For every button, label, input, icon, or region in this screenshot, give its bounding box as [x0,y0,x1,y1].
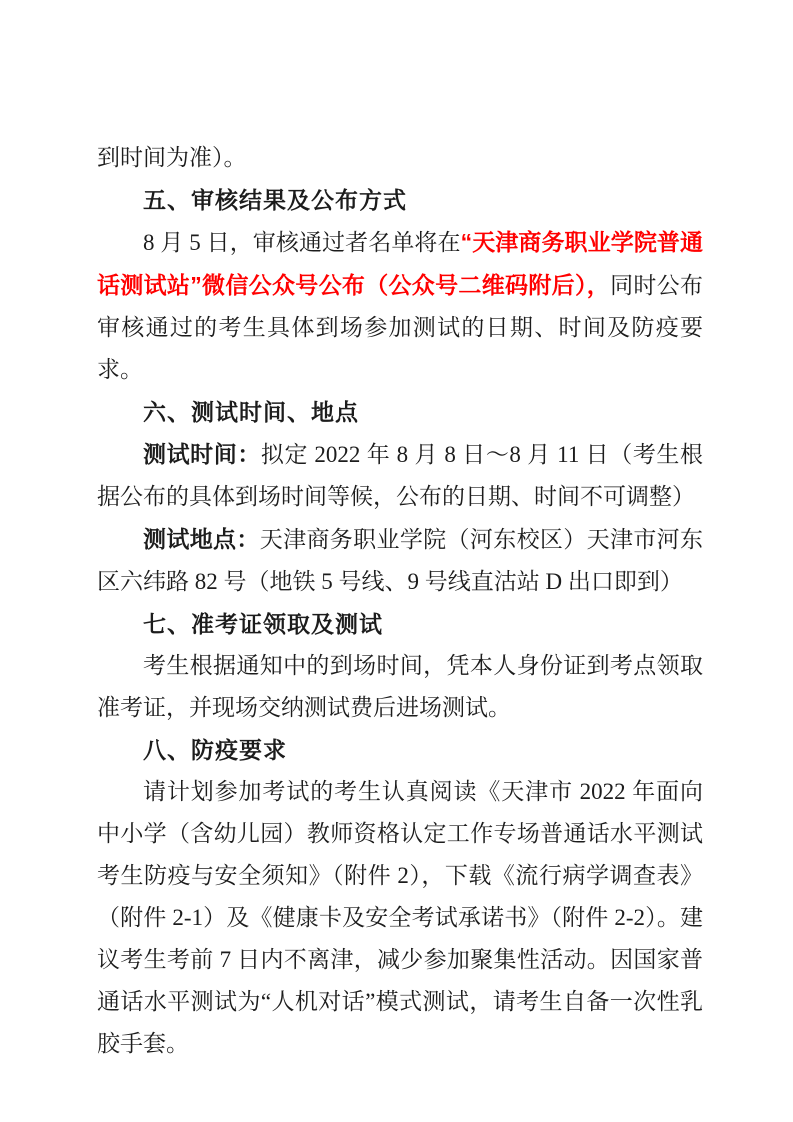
section-8-paragraph: 请计划参加考试的考生认真阅读《天津市 2022 年面向中小学（含幼儿园）教师资格… [97,771,703,1065]
document-page: 到时间为准）。 五、审核结果及公布方式 8 月 5 日，审核通过者名单将在“天津… [97,137,703,1065]
test-place-label: 测试地点： [143,526,260,552]
section-5-paragraph: 8 月 5 日，审核通过者名单将在“天津商务职业学院普通话测试站”微信公众号公布… [97,221,703,391]
section-7-paragraph: 考生根据通知中的到场时间，凭本人身份证到考点领取准考证，并现场交纳测试费后进场测… [97,645,703,729]
section-7-heading: 七、准考证领取及测试 [97,603,703,645]
section-6-heading: 六、测试时间、地点 [97,391,703,433]
paragraph-continuation: 到时间为准）。 [97,137,703,179]
section-5-lead-text: 8 月 5 日，审核通过者名单将在 [143,230,461,255]
section-5-heading: 五、审核结果及公布方式 [97,179,703,221]
section-6-time-paragraph: 测试时间：拟定 2022 年 8 月 8 日～8 月 11 日（考生根据公布的具… [97,433,703,518]
test-time-label: 测试时间： [143,441,261,467]
section-6-place-paragraph: 测试地点：天津商务职业学院（河东校区）天津市河东区六纬路 82 号（地铁 5 号… [97,518,703,603]
section-8-heading: 八、防疫要求 [97,729,703,771]
